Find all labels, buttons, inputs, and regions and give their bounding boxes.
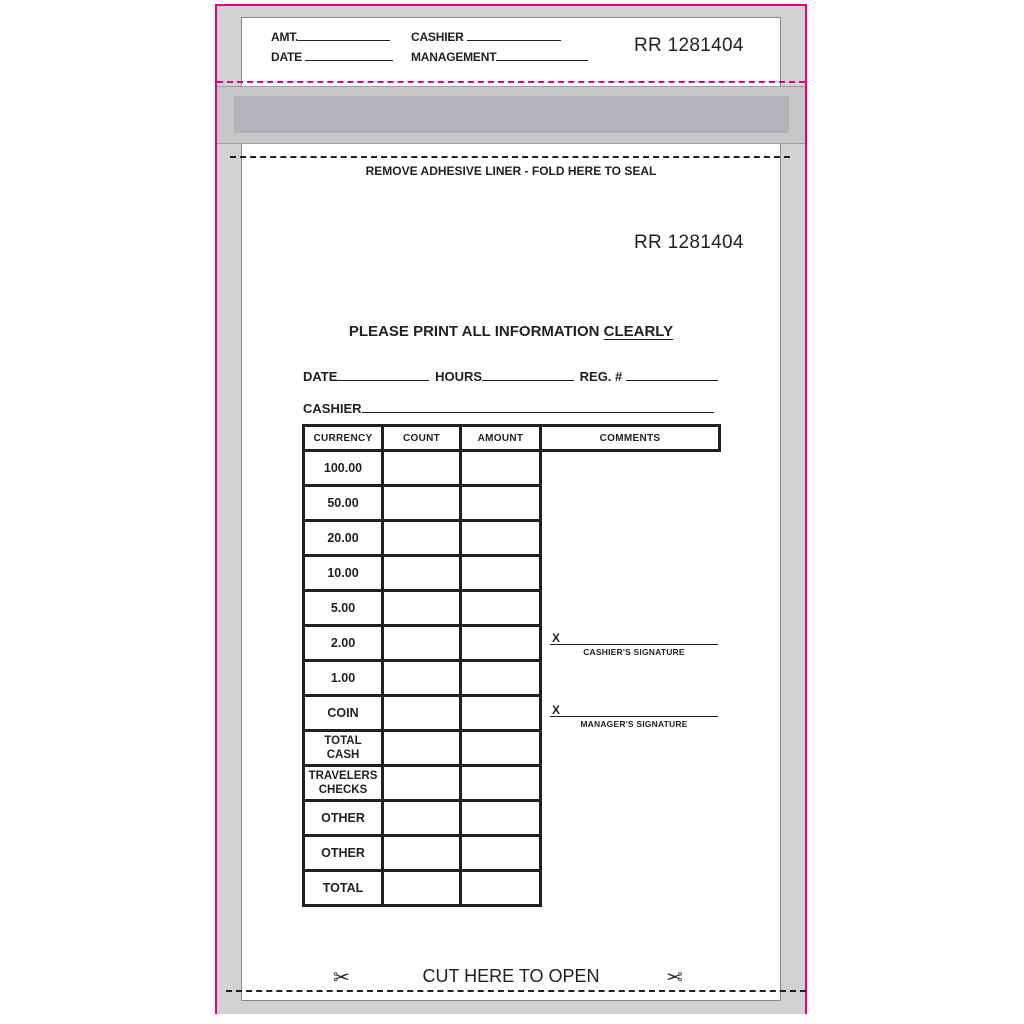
manager-signature-block: X MANAGER'S SIGNATURE — [550, 702, 718, 729]
currency-cell: TOTAL — [304, 871, 383, 906]
table-header-row: CURRENCY COUNT AMOUNT COMMENTS — [304, 426, 720, 451]
currency-cell: 10.00 — [304, 556, 383, 591]
info-row: DATE HOURS REG. # — [303, 369, 718, 384]
amount-cell[interactable] — [461, 766, 541, 801]
currency-cell: TOTALCASH — [304, 731, 383, 766]
cashier-label: CASHIER — [303, 401, 362, 416]
flap-date-line[interactable] — [305, 50, 393, 61]
manager-signature-line[interactable]: X — [550, 702, 718, 717]
flap-date-field[interactable]: DATE — [271, 50, 393, 64]
amount-cell[interactable] — [461, 661, 541, 696]
flap-cashier-line[interactable] — [467, 30, 561, 41]
scissors-icon: ✂ — [333, 968, 350, 988]
amount-cell[interactable] — [461, 486, 541, 521]
amount-cell[interactable] — [461, 801, 541, 836]
count-cell[interactable] — [383, 521, 461, 556]
instruction-heading: PLEASE PRINT ALL INFORMATION CLEARLY — [241, 323, 781, 340]
amount-cell[interactable] — [461, 521, 541, 556]
signature-x-mark: X — [552, 703, 560, 717]
amount-cell[interactable] — [461, 591, 541, 626]
amount-cell[interactable] — [461, 556, 541, 591]
currency-cell: 5.00 — [304, 591, 383, 626]
count-cell[interactable] — [383, 451, 461, 486]
amount-cell[interactable] — [461, 451, 541, 486]
hours-label: HOURS — [435, 369, 482, 384]
currency-cell: TRAVELERSCHECKS — [304, 766, 383, 801]
currency-cell: 1.00 — [304, 661, 383, 696]
count-cell[interactable] — [383, 486, 461, 521]
currency-cell: OTHER — [304, 801, 383, 836]
date-label: DATE — [303, 369, 337, 384]
count-cell[interactable] — [383, 661, 461, 696]
amount-cell[interactable] — [461, 871, 541, 906]
flap-management-field[interactable]: MANAGEMENT — [411, 50, 588, 64]
count-cell[interactable] — [383, 766, 461, 801]
manager-signature-caption: MANAGER'S SIGNATURE — [550, 719, 718, 729]
count-cell[interactable] — [383, 626, 461, 661]
currency-cell: 50.00 — [304, 486, 383, 521]
cashier-signature-block: X CASHIER'S SIGNATURE — [550, 630, 718, 657]
currency-count-table: CURRENCY COUNT AMOUNT COMMENTS 100.0050.… — [302, 424, 721, 907]
count-cell[interactable] — [383, 591, 461, 626]
amount-cell[interactable] — [461, 696, 541, 731]
flap-cashier-label: CASHIER — [411, 30, 464, 44]
currency-cell: COIN — [304, 696, 383, 731]
amount-cell[interactable] — [461, 626, 541, 661]
adhesive-liner[interactable] — [234, 96, 789, 133]
body-serial-number: RR 1281404 — [634, 232, 744, 254]
cut-instruction: CUT HERE TO OPEN — [241, 966, 781, 987]
header-comments: COMMENTS — [541, 426, 720, 451]
header-amount: AMOUNT — [461, 426, 541, 451]
currency-cell: 20.00 — [304, 521, 383, 556]
count-cell[interactable] — [383, 836, 461, 871]
flap-amt-label: AMT. — [271, 30, 298, 44]
scissors-icon: ✂ — [666, 968, 683, 988]
count-cell[interactable] — [383, 696, 461, 731]
flap-serial-number: RR 1281404 — [634, 35, 744, 57]
flap-amt-field[interactable]: AMT. — [271, 30, 390, 44]
header-count: COUNT — [383, 426, 461, 451]
flap-management-line[interactable] — [496, 50, 588, 61]
cashier-row: CASHIER — [303, 401, 714, 416]
hours-field[interactable] — [482, 370, 574, 381]
reg-field[interactable] — [626, 370, 718, 381]
trim-line — [217, 81, 805, 83]
flap-management-label: MANAGEMENT — [411, 50, 496, 64]
flap-amt-line[interactable] — [298, 30, 390, 41]
fold-line — [230, 156, 790, 158]
table-row: 100.00 — [304, 451, 720, 486]
cashier-signature-caption: CASHIER'S SIGNATURE — [550, 647, 718, 657]
signature-x-mark: X — [552, 631, 560, 645]
reg-label: REG. # — [580, 369, 623, 384]
count-cell[interactable] — [383, 871, 461, 906]
fold-instruction: REMOVE ADHESIVE LINER - FOLD HERE TO SEA… — [241, 164, 781, 178]
amount-cell[interactable] — [461, 731, 541, 766]
heading-emphasis: CLEARLY — [604, 323, 673, 340]
count-cell[interactable] — [383, 731, 461, 766]
currency-cell: 2.00 — [304, 626, 383, 661]
cashier-field[interactable] — [362, 402, 714, 413]
heading-prefix: PLEASE PRINT ALL INFORMATION — [349, 323, 600, 340]
currency-cell: 100.00 — [304, 451, 383, 486]
count-cell[interactable] — [383, 556, 461, 591]
flap-date-label: DATE — [271, 50, 302, 64]
amount-cell[interactable] — [461, 836, 541, 871]
comments-area[interactable] — [541, 451, 720, 906]
flap-cashier-field[interactable]: CASHIER — [411, 30, 561, 44]
cut-line[interactable] — [226, 990, 806, 992]
count-cell[interactable] — [383, 801, 461, 836]
cashier-signature-line[interactable]: X — [550, 630, 718, 645]
currency-cell: OTHER — [304, 836, 383, 871]
date-field[interactable] — [337, 370, 429, 381]
header-currency: CURRENCY — [304, 426, 383, 451]
